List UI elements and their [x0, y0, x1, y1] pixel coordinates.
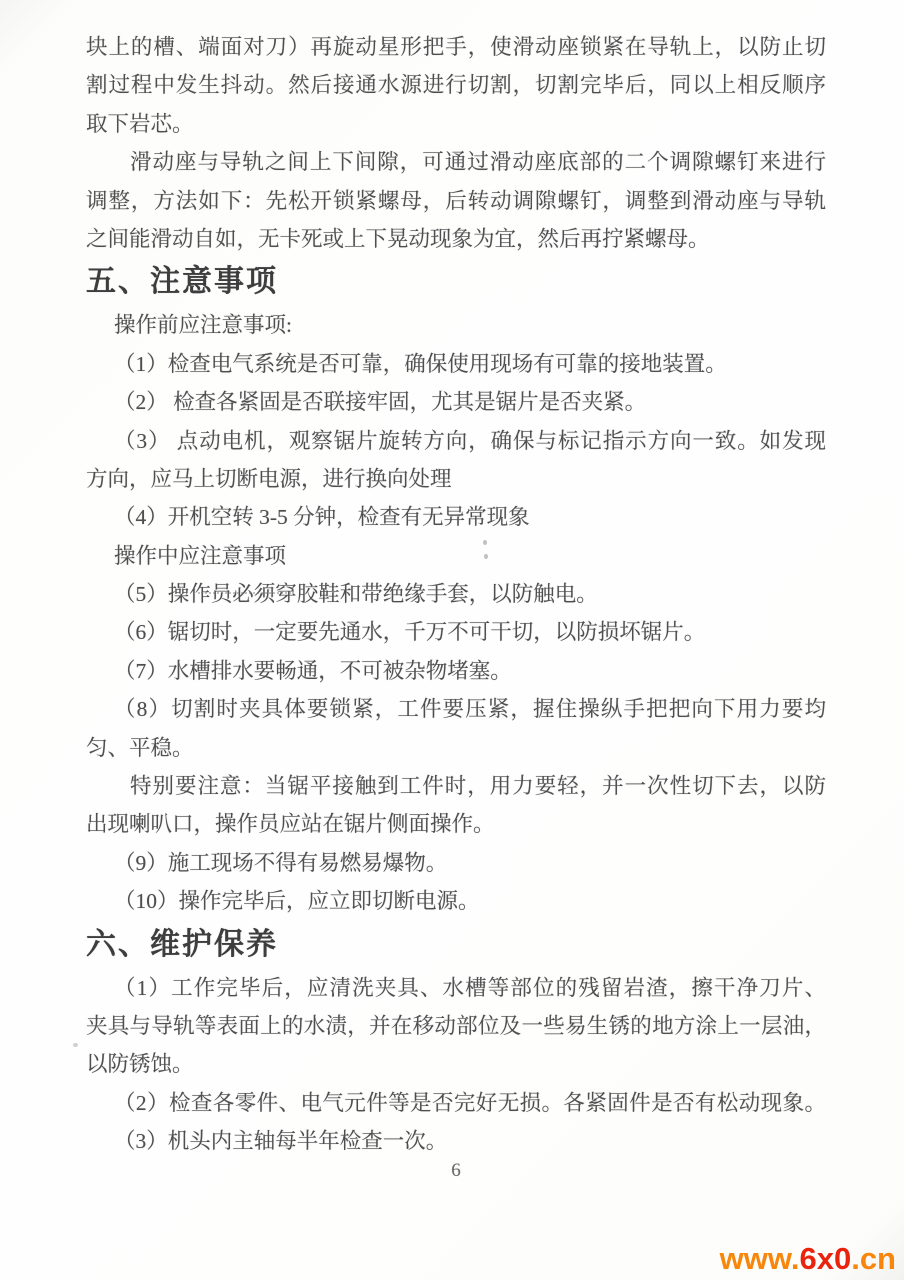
text-line: 以防锈蚀。 — [86, 1045, 826, 1083]
text-line: 操作前应注意事项: — [86, 306, 826, 344]
text-line: （1）工作完毕后，应清洗夹具、水槽等部位的残留岩渣，擦干净刀片、 — [86, 969, 826, 1007]
text-line: 出现喇叭口，操作员应站在锯片侧面操作。 — [86, 805, 826, 843]
text-line: （3）机头内主轴每半年检查一次。 — [86, 1122, 826, 1160]
text-line: 方向，应马上切断电源，进行换向处理 — [86, 460, 826, 498]
text-line: 调整，方法如下：先松开锁紧螺母，后转动调隙螺钉，调整到滑动座与导轨 — [86, 182, 826, 220]
text-line: 块上的槽、端面对刀）再旋动星形把手，使滑动座锁紧在导轨上，以防止切 — [86, 28, 826, 66]
text-line: （7）水槽排水要畅通，不可被杂物堵塞。 — [86, 652, 826, 690]
text-line: （2） 检查各紧固是否联接牢固，尤其是锯片是否夹紧。 — [86, 383, 826, 421]
text-line: （1）检查电气系统是否可靠，确保使用现场有可靠的接地装置。 — [86, 345, 826, 383]
watermark-site: 6x0 — [799, 1241, 851, 1276]
text-line: （6）锯切时，一定要先通水，千万不可干切，以防损坏锯片。 — [86, 613, 826, 651]
scanned-document-page: 块上的槽、端面对刀）再旋动星形把手，使滑动座锁紧在导轨上，以防止切割过程中发生抖… — [0, 0, 904, 1280]
text-line: （10）操作完毕后，应立即切断电源。 — [86, 882, 826, 920]
scan-artifact-speck — [73, 1043, 78, 1047]
watermark-tld: .cn — [851, 1241, 896, 1276]
section-heading: 六、维护保养 — [86, 921, 826, 969]
text-line: 滑动座与导轨之间上下间隙，可通过滑动座底部的二个调隙螺钉来进行 — [86, 143, 826, 181]
watermark-www: www. — [720, 1241, 800, 1276]
text-line: （9）施工现场不得有易燃易爆物。 — [86, 844, 826, 882]
text-line: 操作中应注意事项 — [86, 537, 826, 575]
text-line: 割过程中发生抖动。然后接通水源进行切割，切割完毕后，同以上相反顺序 — [86, 66, 826, 104]
text-line: 匀、平稳。 — [86, 729, 826, 767]
page-number: 6 — [86, 1160, 826, 1182]
text-line: 取下岩芯。 — [86, 105, 826, 143]
text-line: （8）切割时夹具体要锁紧，工件要压紧，握住操纵手把把向下用力要均 — [86, 690, 826, 728]
text-line: （5）操作员必须穿胶鞋和带绝缘手套，以防触电。 — [86, 575, 826, 613]
watermark-url: www.6x0.cn — [720, 1243, 896, 1274]
text-line: 特别要注意：当锯平接触到工件时，用力要轻，并一次性切下去，以防 — [86, 767, 826, 805]
text-line: （2）检查各零件、电气元件等是否完好无损。各紧固件是否有松动现象。 — [86, 1084, 826, 1122]
text-line: （3） 点动电机，观察锯片旋转方向，确保与标记指示方向一致。如发现 — [86, 422, 826, 460]
document-body: 块上的槽、端面对刀）再旋动星形把手，使滑动座锁紧在导轨上，以防止切割过程中发生抖… — [86, 28, 826, 1161]
section-heading: 五、注意事项 — [86, 258, 826, 306]
text-line: （4）开机空转 3-5 分钟，检查有无异常现象 — [86, 498, 826, 536]
text-line: 夹具与导轨等表面上的水渍，并在移动部位及一些易生锈的地方涂上一层油， — [86, 1007, 826, 1045]
text-line: 之间能滑动自如，无卡死或上下晃动现象为宜，然后再拧紧螺母。 — [86, 220, 826, 258]
